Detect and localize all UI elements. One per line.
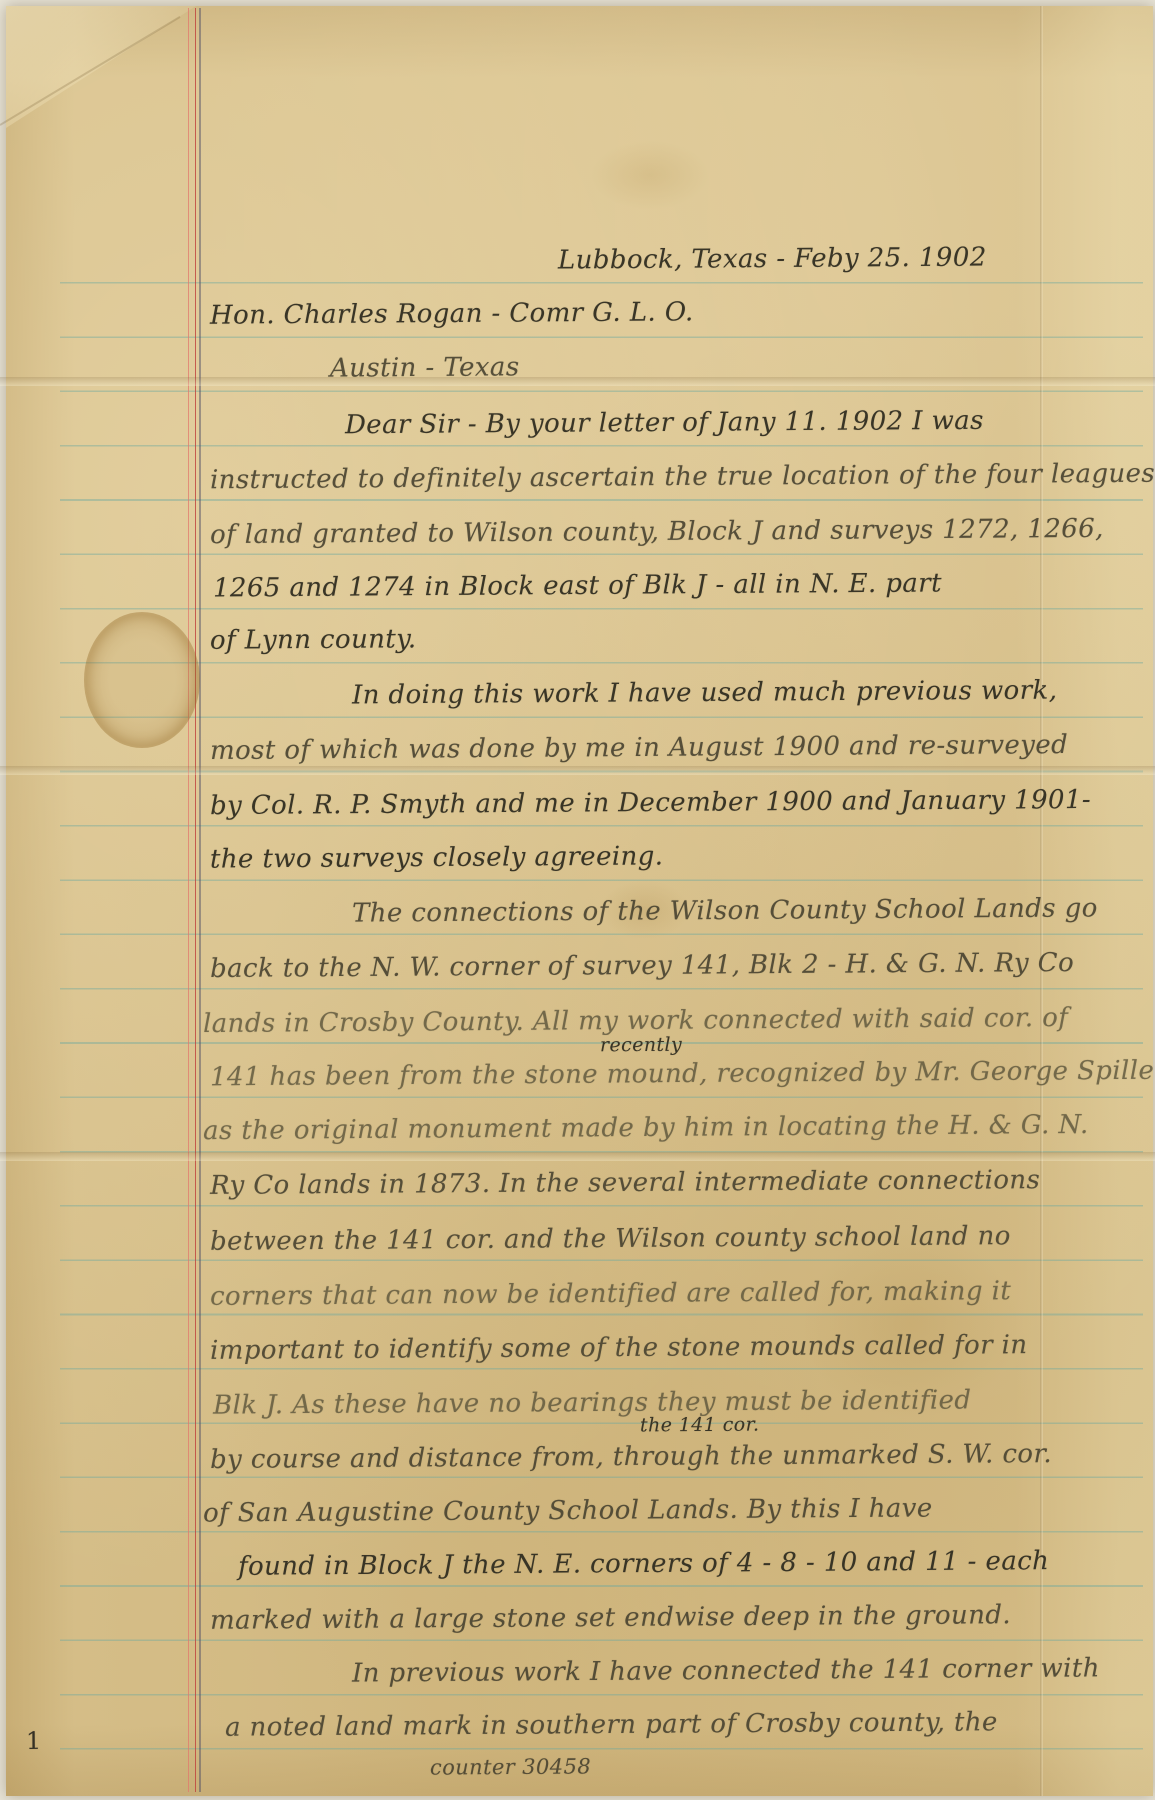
letter-line: by course and distance from, through the… xyxy=(210,1439,1052,1475)
fold-crease-1 xyxy=(0,377,1155,386)
letter-scan: Lubbock, Texas - Feby 25. 1902 Hon. Char… xyxy=(0,0,1155,1800)
letter-line: Blk J. As these have no bearings they mu… xyxy=(213,1385,972,1420)
letter-line: In doing this work I have used much prev… xyxy=(352,676,1058,711)
water-stain xyxy=(84,612,200,748)
margin-line-red-inner xyxy=(195,8,196,1792)
letter-line: by Col. R. P. Smyth and me in December 1… xyxy=(210,785,1091,821)
letter-line: a noted land mark in southern part of Cr… xyxy=(225,1707,998,1742)
letter-line: Ry Co lands in 1873. In the several inte… xyxy=(210,1165,1040,1201)
letter-line: most of which was done by me in August 1… xyxy=(210,730,1068,766)
letter-line: Dear Sir - By your letter of Jany 11. 19… xyxy=(345,406,984,440)
letter-line: the two surveys closely agreeing. xyxy=(210,841,664,874)
margin-line-dark xyxy=(199,8,201,1792)
insertion-the-141-cor: the 141 cor. xyxy=(640,1414,760,1437)
letter-line: of San Augustine County School Lands. By… xyxy=(203,1493,933,1528)
fold-crease-2 xyxy=(0,766,1155,775)
margin-line-red-outer xyxy=(188,8,189,1792)
letter-line: The connections of the Wilson County Sch… xyxy=(352,893,1098,928)
letter-line: between the 141 cor. and the Wilson coun… xyxy=(210,1221,1011,1257)
fold-crease-3 xyxy=(0,1152,1155,1161)
letter-line: found in Block J the N. E. corners of 4 … xyxy=(238,1546,1049,1582)
stain-top xyxy=(590,140,710,210)
dateline: Lubbock, Texas - Feby 25. 1902 xyxy=(558,243,987,276)
letter-line: of Lynn county. xyxy=(210,624,417,655)
letter-line: of land granted to Wilson county, Block … xyxy=(210,514,1104,550)
letter-line: back to the N. W. corner of survey 141, … xyxy=(210,948,1074,984)
insertion-recently: recently xyxy=(600,1034,682,1057)
letter-line: 1265 and 1274 in Block east of Blk J - a… xyxy=(213,568,942,603)
recipient-city-line: Austin - Texas xyxy=(330,352,520,383)
page-number: 1 xyxy=(26,1726,42,1756)
recipient-line: Hon. Charles Rogan - Comr G. L. O. xyxy=(210,297,694,330)
letter-line: marked with a large stone set endwise de… xyxy=(210,1600,1011,1636)
letter-line: as the original monument made by him in … xyxy=(203,1110,1089,1146)
letter-line: In previous work I have connected the 14… xyxy=(352,1653,1100,1688)
counter-note: counter 30458 xyxy=(430,1751,591,1782)
letter-line: corners that can now be identified are c… xyxy=(210,1276,1011,1312)
letter-line: important to identify some of the stone … xyxy=(210,1330,1028,1366)
